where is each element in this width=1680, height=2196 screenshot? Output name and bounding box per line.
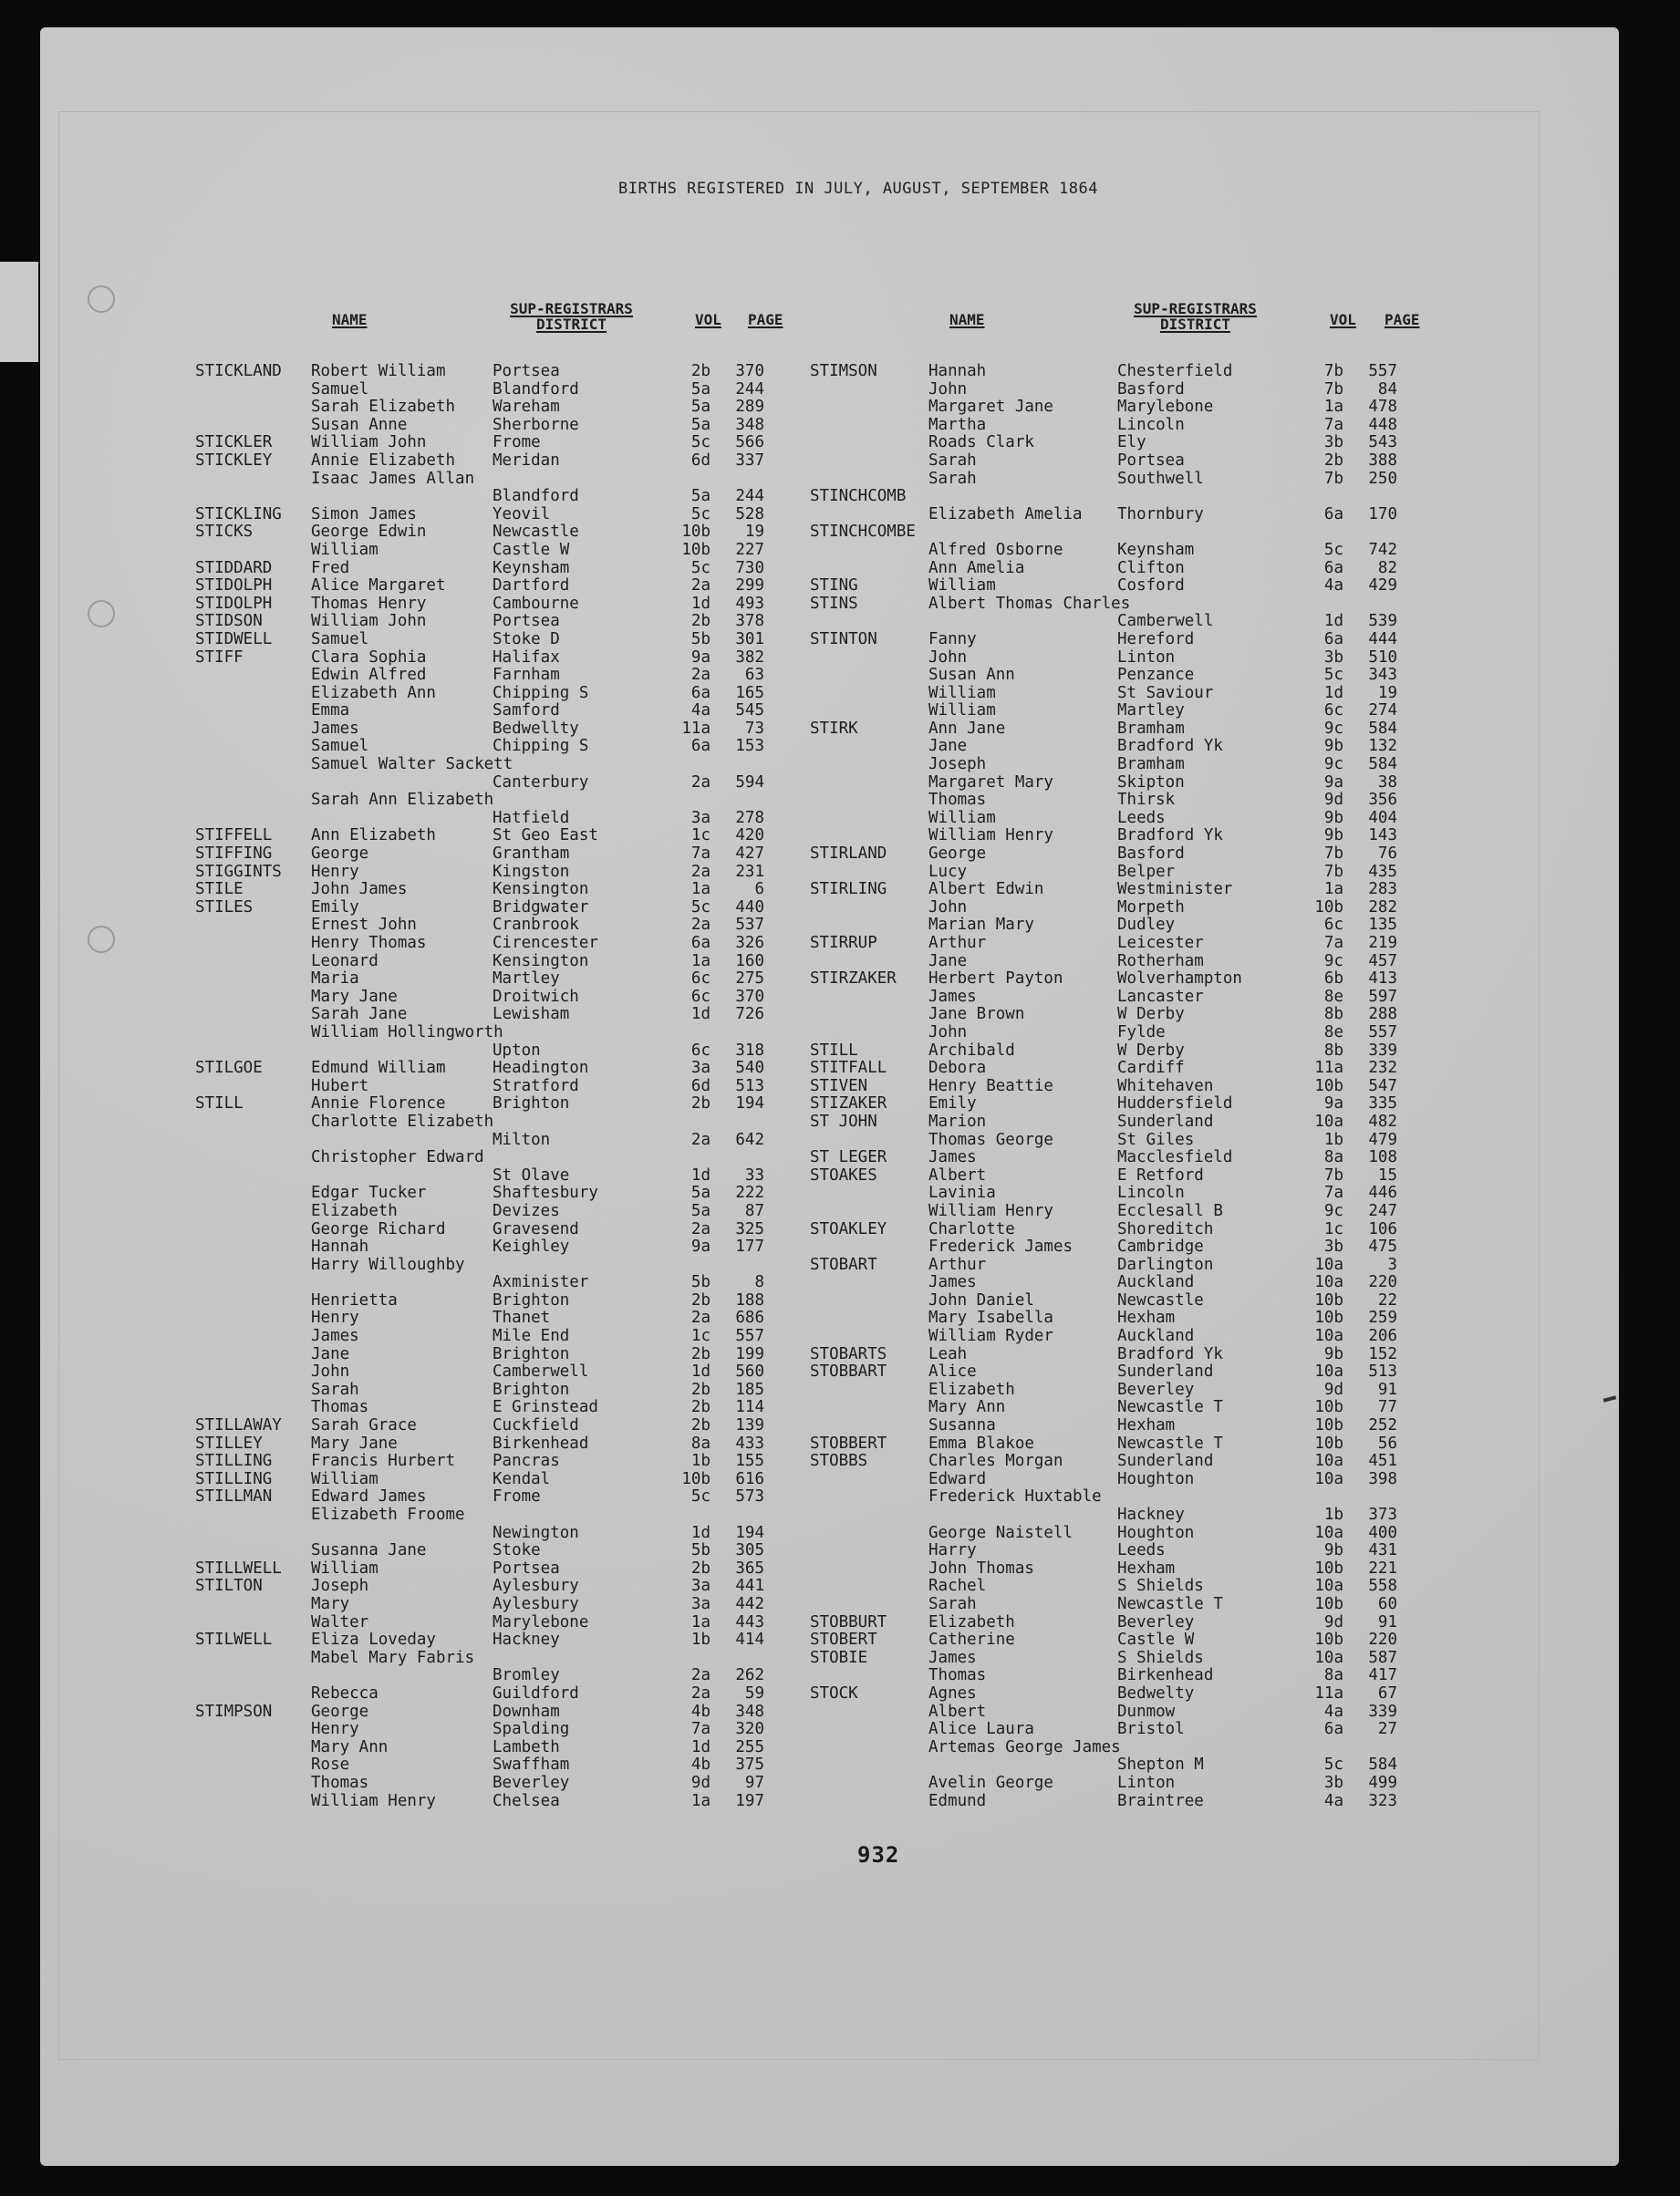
- given-name-cell: Thomas: [928, 792, 986, 810]
- given-name-cell: Edwin Alfred: [311, 667, 426, 685]
- page-cell: 73: [717, 720, 764, 739]
- vol-cell: 5c: [669, 1488, 710, 1507]
- vol-cell: 3b: [1302, 434, 1343, 452]
- vol-cell: 2a: [669, 1685, 710, 1704]
- page-cell: 587: [1350, 1650, 1397, 1668]
- table-row: Roads ClarkEly3b543: [810, 434, 1430, 452]
- table-row: STIGGINTSHenryKingston2a231: [195, 864, 806, 882]
- page-cell: 139: [717, 1417, 764, 1435]
- given-name-cell: John Thomas: [928, 1560, 1034, 1579]
- table-row: LeonardKensington1a160: [195, 953, 806, 971]
- vol-cell: 2a: [669, 1221, 710, 1239]
- district-cell: Newington: [493, 1525, 579, 1543]
- surname-cell: STICKLER: [195, 434, 272, 452]
- vol-cell: 1b: [1302, 1132, 1343, 1150]
- table-row: HubertStratford6d513: [195, 1078, 806, 1096]
- table-row: STINSAlbert Thomas Charles: [810, 596, 1430, 614]
- page-cell: 558: [1350, 1578, 1397, 1596]
- district-cell: St Saviour: [1117, 685, 1213, 703]
- given-name-cell: Harry: [928, 1542, 977, 1560]
- table-row: STINCHCOMB: [810, 488, 1430, 506]
- page-cell: 165: [717, 685, 764, 703]
- page-cell: 528: [717, 506, 764, 524]
- page-cell: 510: [1350, 649, 1397, 668]
- table-row: Harry Willoughby: [195, 1257, 806, 1275]
- district-cell: Chipping S: [493, 685, 588, 703]
- vol-cell: 10a: [1302, 1363, 1343, 1382]
- district-cell: Lewisham: [493, 1006, 569, 1024]
- given-name-cell: Frederick Huxtable: [928, 1488, 1102, 1507]
- given-name-cell: Fanny: [928, 631, 977, 649]
- given-name-cell: Charlotte: [928, 1221, 1015, 1239]
- page-cell: 375: [717, 1756, 764, 1775]
- given-name-cell: Annie Elizabeth: [311, 452, 455, 471]
- page-cell: 160: [717, 953, 764, 971]
- table-row: STIVENHenry BeattieWhitehaven10b547: [810, 1078, 1430, 1096]
- table-row: WilliamSt Saviour1d19: [810, 685, 1430, 703]
- surname-cell: STOAKLEY: [810, 1221, 887, 1239]
- page-cell: 275: [717, 970, 764, 989]
- district-cell: Beverley: [493, 1775, 569, 1793]
- page-cell: 435: [1350, 864, 1397, 882]
- page-cell: 475: [1350, 1238, 1397, 1257]
- page-cell: 87: [717, 1203, 764, 1221]
- given-name-cell: Harry Willoughby: [311, 1257, 465, 1275]
- district-cell: Basford: [1117, 845, 1185, 864]
- page-cell: 742: [1350, 542, 1397, 560]
- surname-cell: STOBARTS: [810, 1346, 887, 1364]
- page-cell: 440: [717, 899, 764, 917]
- district-cell: Newcastle: [1117, 1292, 1204, 1310]
- table-row: JohnFylde8e557: [810, 1024, 1430, 1042]
- page-cell: 232: [1350, 1060, 1397, 1078]
- surname-cell: STILE: [195, 881, 244, 899]
- vol-cell: 10a: [1302, 1114, 1343, 1132]
- district-cell: Sherborne: [493, 417, 579, 435]
- table-row: Henry ThomasCirencester6a326: [195, 935, 806, 953]
- table-row: STICKSGeorge EdwinNewcastle10b19: [195, 523, 806, 542]
- page-cell: 185: [717, 1382, 764, 1400]
- page-cell: 282: [1350, 899, 1397, 917]
- table-row: John ThomasHexham10b221: [810, 1560, 1430, 1579]
- page-cell: 170: [1350, 506, 1397, 524]
- district-cell: Blandford: [493, 488, 579, 506]
- given-name-cell: John: [311, 1363, 349, 1382]
- table-row: Thomas GeorgeSt Giles1b479: [810, 1132, 1430, 1150]
- vol-cell: 5c: [669, 560, 710, 578]
- page-cell: 220: [1350, 1631, 1397, 1650]
- page-cell: 478: [1350, 399, 1397, 417]
- given-name-cell: George: [311, 1704, 368, 1722]
- table-row: Canterbury2a594: [195, 774, 806, 792]
- given-name-cell: Debora: [928, 1060, 986, 1078]
- given-name-cell: Henrietta: [311, 1292, 398, 1310]
- district-cell: Basford: [1117, 381, 1185, 399]
- given-name-cell: Leonard: [311, 953, 379, 971]
- page-cell: 8: [717, 1274, 764, 1292]
- district-cell: Devizes: [493, 1203, 560, 1221]
- vol-cell: 1a: [1302, 881, 1343, 899]
- district-cell: Droitwich: [493, 989, 579, 1007]
- page-cell: 513: [717, 1078, 764, 1096]
- given-name-cell: Mary Ann: [311, 1739, 388, 1757]
- vol-cell: 9c: [1302, 1203, 1343, 1221]
- vol-cell: 1c: [669, 827, 710, 845]
- given-name-cell: Thomas George: [928, 1132, 1053, 1150]
- given-name-cell: Sarah: [928, 452, 977, 471]
- district-cell: Rotherham: [1117, 953, 1204, 971]
- vol-cell: 5c: [1302, 667, 1343, 685]
- table-row: LaviniaLincoln7a446: [810, 1185, 1430, 1203]
- page-cell: 414: [717, 1631, 764, 1650]
- vol-cell: 7b: [1302, 845, 1343, 864]
- page-cell: 373: [1350, 1507, 1397, 1525]
- table-row: St Olave1d33: [195, 1167, 806, 1186]
- vol-cell: 6b: [1302, 970, 1343, 989]
- vol-cell: 9b: [1302, 827, 1343, 845]
- given-name-cell: John Daniel: [928, 1292, 1034, 1310]
- page-cell: 114: [717, 1399, 764, 1417]
- vol-cell: 2a: [669, 774, 710, 792]
- surname-cell: ST LEGER: [810, 1149, 887, 1167]
- district-cell: Hatfield: [493, 810, 569, 828]
- given-name-cell: Elizabeth Amelia: [928, 506, 1083, 524]
- district-cell: Bromley: [493, 1667, 560, 1685]
- district-cell: Hexham: [1117, 1560, 1175, 1579]
- given-name-cell: William John: [311, 613, 426, 631]
- table-row: Axminister5b8: [195, 1274, 806, 1292]
- vol-cell: 2a: [669, 577, 710, 596]
- page-cell: 540: [717, 1060, 764, 1078]
- page-cell: 247: [1350, 1203, 1397, 1221]
- vol-cell: 5a: [669, 1185, 710, 1203]
- given-name-cell: Susanna: [928, 1417, 996, 1435]
- district-cell: Hereford: [1117, 631, 1194, 649]
- page-cell: 219: [1350, 935, 1397, 953]
- district-cell: Lincoln: [1117, 417, 1185, 435]
- given-name-cell: James: [928, 1274, 977, 1292]
- table-row: RebeccaGuildford2a59: [195, 1685, 806, 1704]
- district-cell: Skipton: [1117, 774, 1185, 792]
- page-cell: 155: [717, 1453, 764, 1471]
- given-name-cell: Emma: [311, 702, 349, 720]
- header-name: NAME: [332, 312, 368, 327]
- district-cell: Cirencester: [493, 935, 598, 953]
- district-cell: Dunmow: [1117, 1704, 1175, 1722]
- district-cell: Bristol: [1117, 1721, 1185, 1739]
- given-name-cell: Rebecca: [311, 1685, 379, 1704]
- district-cell: Castle W: [1117, 1631, 1194, 1650]
- surname-cell: STICKLEY: [195, 452, 272, 471]
- vol-cell: 7b: [1302, 381, 1343, 399]
- vol-cell: 6d: [669, 1078, 710, 1096]
- vol-cell: 10a: [1302, 1578, 1343, 1596]
- page-cell: 323: [1350, 1793, 1397, 1811]
- district-cell: Penzance: [1117, 667, 1194, 685]
- vol-cell: 7a: [669, 1721, 710, 1739]
- table-row: JohnLinton3b510: [810, 649, 1430, 668]
- page-cell: 222: [717, 1185, 764, 1203]
- page-cell: 429: [1350, 577, 1397, 596]
- district-cell: Hackney: [1117, 1507, 1185, 1525]
- district-cell: Frome: [493, 1488, 541, 1507]
- table-row: STIRKAnn JaneBramham9c584: [810, 720, 1430, 739]
- page-cell: 378: [717, 613, 764, 631]
- vol-cell: 7a: [1302, 935, 1343, 953]
- table-row: Ernest JohnCranbrook2a537: [195, 917, 806, 935]
- district-cell: Chipping S: [493, 738, 588, 756]
- page-cell: 177: [717, 1238, 764, 1257]
- vol-cell: 1c: [1302, 1221, 1343, 1239]
- district-cell: Wareham: [493, 399, 560, 417]
- page-cell: 106: [1350, 1221, 1397, 1239]
- given-name-cell: William John: [311, 434, 426, 452]
- surname-cell: STITFALL: [810, 1060, 887, 1078]
- district-cell: Huddersfield: [1117, 1095, 1232, 1114]
- district-cell: Samford: [493, 702, 560, 720]
- table-row: Mary IsabellaHexham10b259: [810, 1310, 1430, 1328]
- district-cell: Belper: [1117, 864, 1175, 882]
- vol-cell: 2a: [669, 917, 710, 935]
- table-row: George NaistellHoughton10a400: [810, 1525, 1430, 1543]
- table-row: Margaret JaneMarylebone1a478: [810, 399, 1430, 417]
- page-cell: 152: [1350, 1346, 1397, 1364]
- district-cell: Camberwell: [1117, 613, 1213, 631]
- district-cell: Bridgwater: [493, 899, 588, 917]
- given-name-cell: Thomas: [311, 1399, 368, 1417]
- vol-cell: 2a: [669, 1132, 710, 1150]
- district-cell: Frome: [493, 434, 541, 452]
- vol-cell: 7a: [669, 845, 710, 864]
- district-cell: Ely: [1117, 434, 1146, 452]
- page-cell: 545: [717, 702, 764, 720]
- page-cell: 76: [1350, 845, 1397, 864]
- page-cell: 6: [717, 881, 764, 899]
- page-cell: 289: [717, 399, 764, 417]
- surname-cell: STIGGINTS: [195, 864, 282, 882]
- district-cell: Sunderland: [1117, 1363, 1213, 1382]
- page-cell: 348: [717, 1704, 764, 1722]
- surname-cell: STIDOLPH: [195, 577, 272, 596]
- given-name-cell: Francis Hurbert: [311, 1453, 455, 1471]
- table-row: JamesLancaster8e597: [810, 989, 1430, 1007]
- district-cell: Aylesbury: [493, 1578, 579, 1596]
- vol-cell: 9d: [1302, 1614, 1343, 1632]
- vol-cell: 2b: [669, 1382, 710, 1400]
- surname-cell: STIMPSON: [195, 1704, 272, 1722]
- table-row: STILLArchibaldW Derby8b339: [810, 1042, 1430, 1061]
- table-row: WilliamCastle W10b227: [195, 542, 806, 560]
- district-cell: Martley: [1117, 702, 1185, 720]
- table-row: MariaMartley6c275: [195, 970, 806, 989]
- district-cell: Brighton: [493, 1382, 569, 1400]
- table-row: William RyderAuckland10a206: [810, 1328, 1430, 1346]
- page-cell: 325: [717, 1221, 764, 1239]
- district-cell: Brighton: [493, 1095, 569, 1114]
- vol-cell: 8a: [1302, 1149, 1343, 1167]
- table-row: RachelS Shields10a558: [810, 1578, 1430, 1596]
- page-cell: 443: [717, 1614, 764, 1632]
- vol-cell: 3b: [1302, 1238, 1343, 1257]
- given-name-cell: Elizabeth: [928, 1614, 1015, 1632]
- vol-cell: 9a: [669, 1238, 710, 1257]
- table-row: Mabel Mary Fabris: [195, 1650, 806, 1668]
- given-name-cell: Mabel Mary Fabris: [311, 1650, 474, 1668]
- page-cell: 413: [1350, 970, 1397, 989]
- district-cell: Gravesend: [493, 1221, 579, 1239]
- given-name-cell: Mary Ann: [928, 1399, 1005, 1417]
- table-row: Hatfield3a278: [195, 810, 806, 828]
- table-row: STIFFELLAnn ElizabethSt Geo East1c420: [195, 827, 806, 845]
- given-name-cell: Samuel: [311, 381, 368, 399]
- table-row: Sarah Ann Elizabeth: [195, 792, 806, 810]
- vol-cell: 2b: [669, 613, 710, 631]
- given-name-cell: Sarah: [928, 1596, 977, 1614]
- table-row: HenryThanet2a686: [195, 1310, 806, 1328]
- vol-cell: 2b: [1302, 452, 1343, 471]
- table-row: HenrySpalding7a320: [195, 1721, 806, 1739]
- table-row: STIRZAKERHerbert PaytonWolverhampton6b41…: [810, 970, 1430, 989]
- vol-cell: 10b: [1302, 1078, 1343, 1096]
- table-row: Alfred OsborneKeynsham5c742: [810, 542, 1430, 560]
- surname-cell: STILL: [810, 1042, 858, 1061]
- page-cell: 91: [1350, 1614, 1397, 1632]
- given-name-cell: Margaret Jane: [928, 399, 1053, 417]
- table-row: SarahSouthwell7b250: [810, 471, 1430, 489]
- vol-cell: 7b: [1302, 471, 1343, 489]
- table-row: Margaret MarySkipton9a38: [810, 774, 1430, 792]
- district-cell: Dartford: [493, 577, 569, 596]
- table-row: STIDDARDFredKeynsham5c730: [195, 560, 806, 578]
- district-cell: Upton: [493, 1042, 541, 1061]
- vol-cell: 9b: [1302, 1542, 1343, 1560]
- district-cell: Stratford: [493, 1078, 579, 1096]
- table-row: EmmaSamford4a545: [195, 702, 806, 720]
- vol-cell: 10b: [669, 542, 710, 560]
- right-column: NAME SUP-REGISTRARS DISTRICT VOL PAGE ST…: [810, 301, 1430, 1810]
- table-row: JamesAuckland10a220: [810, 1274, 1430, 1292]
- page-cell: 220: [1350, 1274, 1397, 1292]
- page-cell: 431: [1350, 1542, 1397, 1560]
- table-row: SusannaHexham10b252: [810, 1417, 1430, 1435]
- surname-cell: STINS: [810, 596, 858, 614]
- page-cell: 339: [1350, 1704, 1397, 1722]
- page-cell: 320: [717, 1721, 764, 1739]
- given-name-cell: William Ryder: [928, 1328, 1053, 1346]
- district-cell: Spalding: [493, 1721, 569, 1739]
- table-row: Artemas George James: [810, 1739, 1430, 1757]
- page-cell: 206: [1350, 1328, 1397, 1346]
- district-cell: E Grinstead: [493, 1399, 598, 1417]
- table-row: STILLWELLWilliamPortsea2b365: [195, 1560, 806, 1579]
- district-cell: Kendal: [493, 1471, 550, 1489]
- page-cell: 38: [1350, 774, 1397, 792]
- given-name-cell: Sarah: [311, 1382, 359, 1400]
- page-cell: 513: [1350, 1363, 1397, 1382]
- vol-cell: 1d: [669, 1739, 710, 1757]
- given-name-cell: Sarah Grace: [311, 1417, 417, 1435]
- district-cell: Cuckfield: [493, 1417, 579, 1435]
- page-cell: 370: [717, 989, 764, 1007]
- district-cell: S Shields: [1117, 1650, 1204, 1668]
- page-cell: 56: [1350, 1435, 1397, 1454]
- given-name-cell: Henry: [311, 864, 359, 882]
- given-name-cell: George Naistell: [928, 1525, 1073, 1543]
- given-name-cell: Samuel: [311, 631, 368, 649]
- table-row: STIFFClara SophiaHalifax9a382: [195, 649, 806, 668]
- vol-cell: 3a: [669, 1596, 710, 1614]
- vol-cell: 10b: [1302, 1417, 1343, 1435]
- page-cell: 382: [717, 649, 764, 668]
- page-cell: 339: [1350, 1042, 1397, 1061]
- surname-cell: STIMSON: [810, 363, 877, 381]
- given-name-cell: Christopher Edward: [311, 1149, 484, 1167]
- table-row: Bromley2a262: [195, 1667, 806, 1685]
- header-name: NAME: [949, 312, 985, 327]
- given-name-cell: Marian Mary: [928, 917, 1034, 935]
- district-cell: Halifax: [493, 649, 560, 668]
- vol-cell: 4b: [669, 1704, 710, 1722]
- vol-cell: 6a: [669, 935, 710, 953]
- vol-cell: 1a: [669, 1614, 710, 1632]
- surname-cell: STOBART: [810, 1257, 877, 1275]
- vol-cell: 2b: [669, 1095, 710, 1114]
- vol-cell: 8a: [1302, 1667, 1343, 1685]
- table-row: JamesBedwellty11a73: [195, 720, 806, 739]
- vol-cell: 6c: [669, 970, 710, 989]
- surname-cell: STOBBERT: [810, 1435, 887, 1454]
- district-cell: Cosford: [1117, 577, 1185, 596]
- vol-cell: 9d: [669, 1775, 710, 1793]
- table-row: HarryLeeds9b431: [810, 1542, 1430, 1560]
- vol-cell: 8a: [669, 1435, 710, 1454]
- header-vol: VOL: [695, 312, 721, 327]
- surname-cell: STIDDARD: [195, 560, 272, 578]
- vol-cell: 9b: [1302, 738, 1343, 756]
- table-row: STIDOLPHThomas HenryCambourne1d493: [195, 596, 806, 614]
- district-cell: Darlington: [1117, 1257, 1213, 1275]
- page-cell: 244: [717, 488, 764, 506]
- page-cell: 288: [1350, 1006, 1397, 1024]
- table-row: Shepton M5c584: [810, 1756, 1430, 1775]
- surname-cell: STILL: [195, 1095, 244, 1114]
- given-name-cell: William Hollingworth: [311, 1024, 503, 1042]
- vol-cell: 4b: [669, 1756, 710, 1775]
- vol-cell: 11a: [1302, 1060, 1343, 1078]
- table-row: Isaac James Allan: [195, 471, 806, 489]
- district-cell: Portsea: [493, 1560, 560, 1579]
- header-vol: VOL: [1330, 312, 1356, 327]
- vol-cell: 6c: [1302, 917, 1343, 935]
- table-row: Upton6c318: [195, 1042, 806, 1061]
- punch-hole-icon: [88, 926, 115, 953]
- given-name-cell: Hannah: [311, 1238, 368, 1257]
- table-row: STINCHCOMBE: [810, 523, 1430, 542]
- vol-cell: 6d: [669, 452, 710, 471]
- vol-cell: 1b: [669, 1631, 710, 1650]
- page-cell: 255: [717, 1739, 764, 1757]
- district-cell: Aylesbury: [493, 1596, 579, 1614]
- given-name-cell: Mary Jane: [311, 1435, 398, 1454]
- district-cell: Bedwelty: [1117, 1685, 1194, 1704]
- table-row: Ann AmeliaClifton6a82: [810, 560, 1430, 578]
- table-row: HannahKeighley9a177: [195, 1238, 806, 1257]
- given-name-cell: Ann Elizabeth: [311, 827, 436, 845]
- table-row: STILLMANEdward JamesFrome5c573: [195, 1488, 806, 1507]
- table-row: Hackney1b373: [810, 1507, 1430, 1525]
- given-name-cell: Joseph: [311, 1578, 368, 1596]
- given-name-cell: William Henry: [928, 1203, 1053, 1221]
